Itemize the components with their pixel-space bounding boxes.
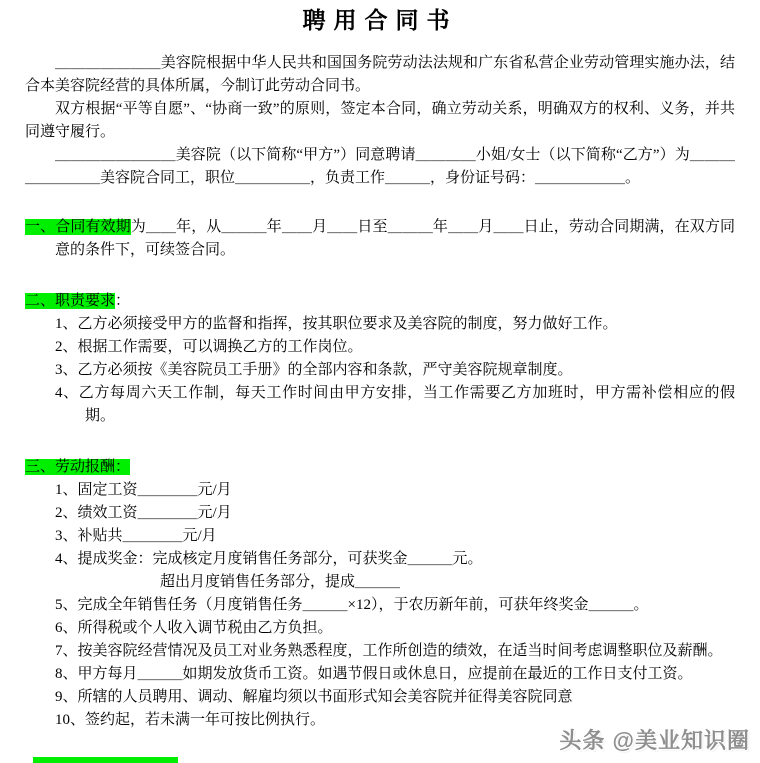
section-duties: 二、职责要求： 1、乙方必须接受甲方的监督和指挥，按其职位要求及美容院的制度，努… xyxy=(25,290,735,428)
intro-paragraph-3: ＿＿＿＿＿＿＿＿美容院（以下简称“甲方”）同意聘请＿＿＿＿小姐/女士（以下简称“… xyxy=(25,144,735,190)
section-remuneration: 三、劳动报酬： 1、固定工资＿＿＿＿元/月 2、绩效工资＿＿＿＿元/月 3、补贴… xyxy=(25,456,735,732)
list-item: 6、所得税或个人收入调节税由乙方负担。 xyxy=(55,617,735,640)
section-contract-term-heading: 一、合同有效期 xyxy=(25,219,131,235)
intro-paragraph-2: 双方根据“平等自愿”、“协商一致”的原则，签定本合同，确立劳动关系，明确双方的权… xyxy=(25,98,735,144)
next-section-highlight-cutoff xyxy=(33,757,178,763)
section-duties-heading-colon: ： xyxy=(115,293,130,309)
list-item: 1、乙方必须接受甲方的监督和指挥，按其职位要求及美容院的制度，努力做好工作。 xyxy=(55,313,735,336)
list-item: 1、固定工资＿＿＿＿元/月 xyxy=(55,479,735,502)
page-title: 聘用合同书 xyxy=(25,6,735,36)
section-remuneration-heading: 三、劳动报酬： xyxy=(25,459,130,475)
section-duties-heading: 二、职责要求 xyxy=(25,293,115,309)
list-item: 7、按美容院经营情况及员工对业务熟悉程度，工作所创造的绩效，在适当时间考虑调整职… xyxy=(55,640,735,663)
list-item: 4、提成奖金：完成核定月度销售任务部分，可获奖金＿＿＿元。 xyxy=(55,548,735,571)
list-item: 5、完成全年销售任务（月度销售任务＿＿＿×12），于农历新年前，可获年终奖金＿＿… xyxy=(55,594,735,617)
section-remuneration-heading-line: 三、劳动报酬： xyxy=(25,456,735,479)
list-item: 3、补贴共＿＿＿＿元/月 xyxy=(55,525,735,548)
section-duties-heading-line: 二、职责要求： xyxy=(25,290,735,313)
section-contract-term-body: 为＿＿年，从＿＿＿年＿＿月＿＿日至＿＿＿年＿＿月＿＿日止，劳动合同期满，在双方同… xyxy=(55,219,735,258)
list-item: 3、乙方必须按《美容院员工手册》的全部内容和条款，严守美容院规章制度。 xyxy=(55,359,735,382)
list-item-subline: 超出月度销售任务部分，提成＿＿＿ xyxy=(160,571,735,594)
list-item: 2、根据工作需要，可以调换乙方的工作岗位。 xyxy=(55,336,735,359)
intro-paragraph-1: ＿＿＿＿＿＿＿美容院根据中华人民共和国国务院劳动法法规和广东省私营企业劳动管理实… xyxy=(25,52,735,98)
section-contract-term: 一、合同有效期为＿＿年，从＿＿＿年＿＿月＿＿日至＿＿＿年＿＿月＿＿日止，劳动合同… xyxy=(25,216,735,262)
list-item: 8、甲方每月＿＿＿如期发放货币工资。如遇节假日或休息日，应提前在最近的工作日支付… xyxy=(55,663,735,686)
list-item: 9、所辖的人员聘用、调动、解雇均须以书面形式知会美容院并征得美容院同意 xyxy=(55,686,735,709)
list-item: 2、绩效工资＿＿＿＿元/月 xyxy=(55,502,735,525)
watermark: 头条 @美业知识圈 xyxy=(559,729,750,752)
contract-document: 聘用合同书 ＿＿＿＿＿＿＿美容院根据中华人民共和国国务院劳动法法规和广东省私营企… xyxy=(0,0,760,763)
list-item: 4、乙方每周六天工作制，每天工作时间由甲方安排，当工作需要乙方加班时，甲方需补偿… xyxy=(55,382,735,428)
